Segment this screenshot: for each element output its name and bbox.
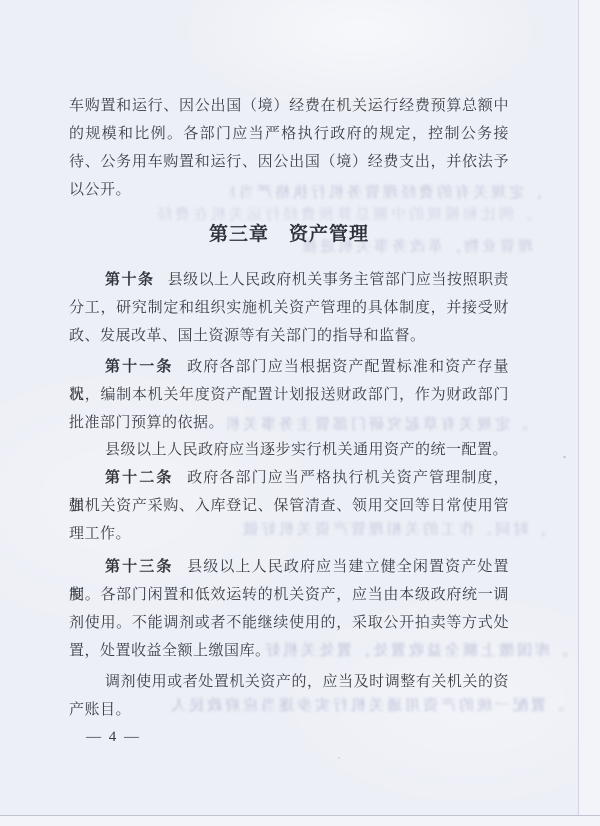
chapter-heading: 第三章 资产管理: [69, 221, 509, 249]
text-line: 分工，研究制定和组织实施机关资产管理的具体制度，并接受财: [69, 294, 509, 322]
paper-edge-right: [578, 0, 600, 826]
text-line: 的规模和比例。各部门应当严格执行政府的规定，控制公务接: [69, 120, 509, 148]
article-number: 第十二条: [105, 470, 174, 486]
text-line: 待、公务用车购置和运行、因公出国（境）经费支出，并依法予: [69, 148, 509, 176]
text-line: 政、发展改革、国土资源等有关部门的指导和监督。: [69, 322, 509, 350]
text-line: 县级以上人民政府应当逐步实行机关通用资产的统一配置。: [69, 436, 509, 464]
paragraph-continuation: 车购置和运行、因公出国（境）经费在机关运行经费预算总额中 的规模和比例。各部门应…: [69, 92, 509, 204]
paper-edge-bottom: [0, 815, 600, 826]
scanned-document-page: ，定规关有的费经理管务机行执格严当应门部各 。例比和模规的中额总算预费经行运关机…: [0, 0, 600, 826]
scan-speck: [338, 757, 340, 759]
text-line: 产账目。: [69, 696, 509, 724]
paragraph-adjust-accounts: 调剂使用或者处置机关资产的，应当及时调整有关机关的资 产账目。: [69, 668, 509, 724]
text-line: 第十条县级以上人民政府机关事务主管部门应当按照职责: [69, 266, 509, 294]
article-first-line: 县级以上人民政府机关事务主管部门应当按照职责: [168, 272, 509, 288]
text-line: 以公开。: [69, 176, 509, 204]
text-line: 强机关资产采购、入库登记、保管清查、领用交回等日常使用管: [69, 492, 509, 520]
text-line: 度。各部门闲置和低效运转的机关资产，应当由本级政府统一调: [69, 581, 509, 609]
text-line: 批准部门预算的依据。: [69, 409, 509, 437]
scan-speck: [563, 456, 566, 458]
article-number: 第十三条: [105, 559, 174, 575]
paragraph-article-10: 第十条县级以上人民政府机关事务主管部门应当按照职责 分工，研究制定和组织实施机关…: [69, 266, 509, 350]
page-number: — 4 —: [86, 724, 141, 750]
article-number: 第十一条: [105, 359, 174, 375]
text-line: 置，处置收益全额上缴国库。: [69, 637, 509, 665]
text-line: 第十二条政府各部门应当严格执行机关资产管理制度，加: [69, 464, 509, 492]
text-line: 调剂使用或者处置机关资产的，应当及时调整有关机关的资: [69, 668, 509, 696]
text-line: 第十一条政府各部门应当根据资产配置标准和资产存量状: [69, 353, 509, 381]
article-number: 第十条: [105, 272, 155, 288]
text-line: 理工作。: [69, 520, 509, 548]
paragraph-unified-allocation: 县级以上人民政府应当逐步实行机关通用资产的统一配置。: [69, 436, 509, 464]
text-line: 第十三条县级以上人民政府应当建立健全闲置资产处置制: [69, 553, 509, 581]
text-line: 车购置和运行、因公出国（境）经费在机关运行经费预算总额中: [69, 92, 509, 120]
paragraph-article-13: 第十三条县级以上人民政府应当建立健全闲置资产处置制 度。各部门闲置和低效运转的机…: [69, 553, 509, 665]
text-line: 剂使用。不能调剂或者不能继续使用的，采取公开拍卖等方式处: [69, 609, 509, 637]
text-line: 况，编制本机关年度资产配置计划报送财政部门，作为财政部门: [69, 381, 509, 409]
paragraph-article-11: 第十一条政府各部门应当根据资产配置标准和资产存量状 况，编制本机关年度资产配置计…: [69, 353, 509, 437]
paragraph-article-12: 第十二条政府各部门应当严格执行机关资产管理制度，加 强机关资产采购、入库登记、保…: [69, 464, 509, 548]
